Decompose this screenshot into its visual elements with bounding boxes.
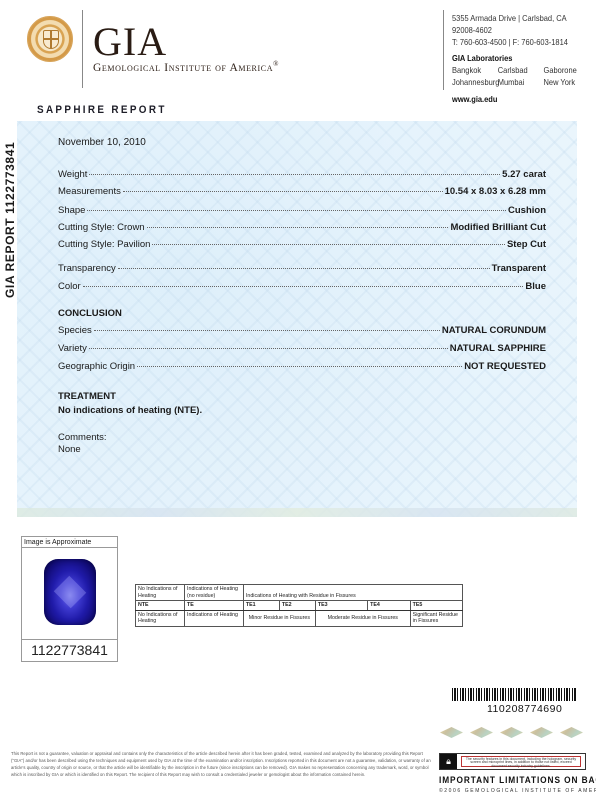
table-row: No Indications of Heating Indications of… — [136, 610, 463, 626]
address-divider — [443, 10, 444, 90]
address-line: 5355 Armada Drive | Carlsbad, CA 92008-4… — [452, 12, 589, 36]
table-row: NTE TE TE1 TE2 TE3 TE4 TE5 — [136, 601, 463, 611]
barcode-number: 110208774690 — [487, 703, 562, 715]
comments-label: Comments: — [58, 432, 107, 443]
gia-seal-icon — [27, 16, 73, 62]
sapphire-gem-image — [44, 559, 96, 625]
report-date: November 10, 2010 — [58, 137, 146, 148]
comments-value: None — [58, 444, 81, 455]
treatment-key-table: No Indications of Heating Indications of… — [135, 584, 463, 627]
address-block: 5355 Armada Drive | Carlsbad, CA 92008-4… — [452, 12, 589, 105]
gem-image-box: Image is Approximate 1122773841 — [21, 536, 118, 662]
side-report-number: GIA REPORT 1122773841 — [3, 142, 17, 298]
barcode — [452, 688, 577, 701]
copyright: ©2006 GEMOLOGICAL INSTITUTE OF AMERICA, … — [439, 788, 596, 794]
gia-logo: GIA — [93, 24, 167, 60]
website-link[interactable]: www.gia.edu — [452, 93, 589, 105]
image-report-number: 1122773841 — [22, 639, 117, 661]
table-row: No Indications of Heating Indications of… — [136, 585, 463, 601]
field-transparency: TransparencyTransparent — [58, 263, 546, 274]
labs-title: GIA Laboratories — [452, 52, 589, 64]
field-cutting-crown: Cutting Style: CrownModified Brilliant C… — [58, 222, 546, 233]
field-color: ColorBlue — [58, 281, 546, 292]
field-measurements: Measurements10.54 x 8.03 x 6.28 mm — [58, 186, 546, 197]
lab-item: Mumbai — [498, 76, 544, 88]
conclusion-heading: CONCLUSION — [58, 308, 122, 319]
paper-edge — [17, 508, 577, 517]
field-cutting-pavilion: Cutting Style: PavilionStep Cut — [58, 239, 546, 250]
lab-item: Carlsbad — [498, 64, 544, 76]
disclaimer-text: This Report is not a guarantee, valuatio… — [11, 750, 431, 778]
field-shape: ShapeCushion — [58, 205, 546, 216]
lab-item: New York — [544, 76, 590, 88]
lock-icon: 🔒︎ — [440, 754, 457, 769]
lab-item: Bangkok — [452, 64, 498, 76]
treatment-text: No indications of heating (NTE). — [58, 405, 202, 416]
security-text: The security features in this document, … — [461, 756, 581, 767]
hologram-strip — [440, 727, 590, 738]
org-name: Gemological Institute of America® — [93, 60, 279, 74]
field-weight: Weight5.27 carat — [58, 169, 546, 180]
report-title: SAPPHIRE REPORT — [37, 104, 167, 116]
phone-line: T: 760-603-4500 | F: 760-603-1814 — [452, 36, 589, 48]
field-species: SpeciesNATURAL CORUNDUM — [58, 325, 546, 336]
limitations-notice: IMPORTANT LIMITATIONS ON BACK — [439, 775, 596, 785]
field-geographic-origin: Geographic OriginNOT REQUESTED — [58, 361, 546, 372]
lab-item: Johannesburg — [452, 76, 498, 88]
header-divider — [82, 10, 83, 88]
shield-icon — [43, 30, 59, 49]
field-variety: VarietyNATURAL SAPPHIRE — [58, 343, 546, 354]
image-caption: Image is Approximate — [22, 537, 117, 548]
labs-list: Bangkok Carlsbad Gaborone Johannesburg M… — [452, 64, 589, 88]
lab-item: Gaborone — [544, 64, 590, 76]
security-notice: 🔒︎ The security features in this documen… — [439, 753, 586, 770]
treatment-heading: TREATMENT — [58, 391, 116, 402]
report-paper — [17, 121, 577, 517]
